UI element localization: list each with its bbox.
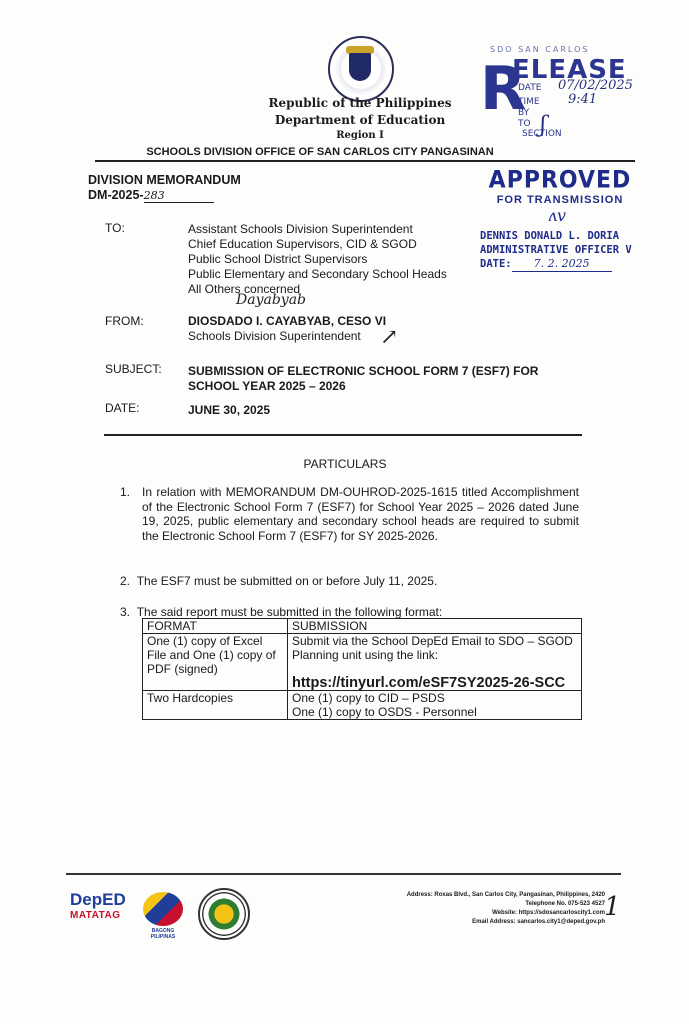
to-recipients: Assistant Schools Division Superintenden… (188, 222, 447, 297)
approval-signature: ʌv (548, 206, 566, 225)
date-label: DATE: (105, 401, 139, 415)
subject-label: SUBJECT: (105, 362, 162, 376)
deped-seal-icon (328, 36, 394, 102)
memo-number: DM-2025-283 (88, 188, 214, 203)
deped-matatag-logo: DepED MATATAG (70, 890, 134, 938)
memo-divider (104, 434, 582, 436)
table-header-row: FORMAT SUBMISSION (143, 619, 582, 634)
approving-officer: DENNIS DONALD L. DORIA ADMINISTRATIVE OF… (480, 229, 632, 272)
approval-date: 7. 2. 2025 (512, 257, 612, 272)
from-label: FROM: (105, 314, 144, 328)
table-row: One (1) copy of Excel File and One (1) c… (143, 634, 582, 691)
memo-title: DIVISION MEMORANDUM (88, 173, 241, 187)
to-label: TO: (105, 221, 125, 235)
submission-link[interactable]: https://tinyurl.com/eSF7SY2025-26-SCC (292, 676, 577, 690)
initial-signature: ↗ (380, 325, 398, 350)
footer-divider (66, 873, 621, 875)
contact-info: Address: Roxas Blvd., San Carlos City, P… (407, 891, 605, 927)
sdo-san-carlos-seal (198, 888, 250, 940)
header-divider (95, 160, 635, 162)
page-number: 1 (604, 892, 621, 922)
superintendent-signature: Dayabyab (236, 292, 306, 308)
subject-line-2: SCHOOL YEAR 2025 – 2026 (188, 379, 346, 394)
bagong-pilipinas-logo: BAGONG PILIPINAS (140, 892, 186, 938)
office-heading: SCHOOLS DIVISION OFFICE OF SAN CARLOS CI… (100, 146, 540, 158)
released-time: 9:41 (568, 92, 597, 107)
date-value: JUNE 30, 2025 (188, 403, 270, 418)
particular-item-1: 1. In relation with MEMORANDUM DM-OUHROD… (120, 485, 579, 543)
particular-item-3: 3. The said report must be submitted in … (120, 605, 442, 619)
particular-item-2: 2. The ESF7 must be submitted on or befo… (120, 574, 437, 588)
subject-line-1: SUBMISSION OF ELECTRONIC SCHOOL FORM 7 (… (188, 364, 538, 379)
table-row: Two Hardcopies One (1) copy to CID – PSD… (143, 691, 582, 720)
approved-stamp: APPROVED FOR TRANSMISSION (470, 168, 650, 206)
released-stamp: SDO SAN CARLOS R ELEASE DATE 07/02/2025 … (478, 45, 628, 145)
from-name: DIOSDADO I. CAYABYAB, CESO VI (188, 314, 386, 329)
submission-format-table: FORMAT SUBMISSION One (1) copy of Excel … (142, 618, 582, 720)
particulars-heading: PARTICULARS (0, 457, 689, 471)
from-title: Schools Division Superintendent (188, 329, 361, 344)
released-date: 07/02/2025 (558, 78, 633, 93)
